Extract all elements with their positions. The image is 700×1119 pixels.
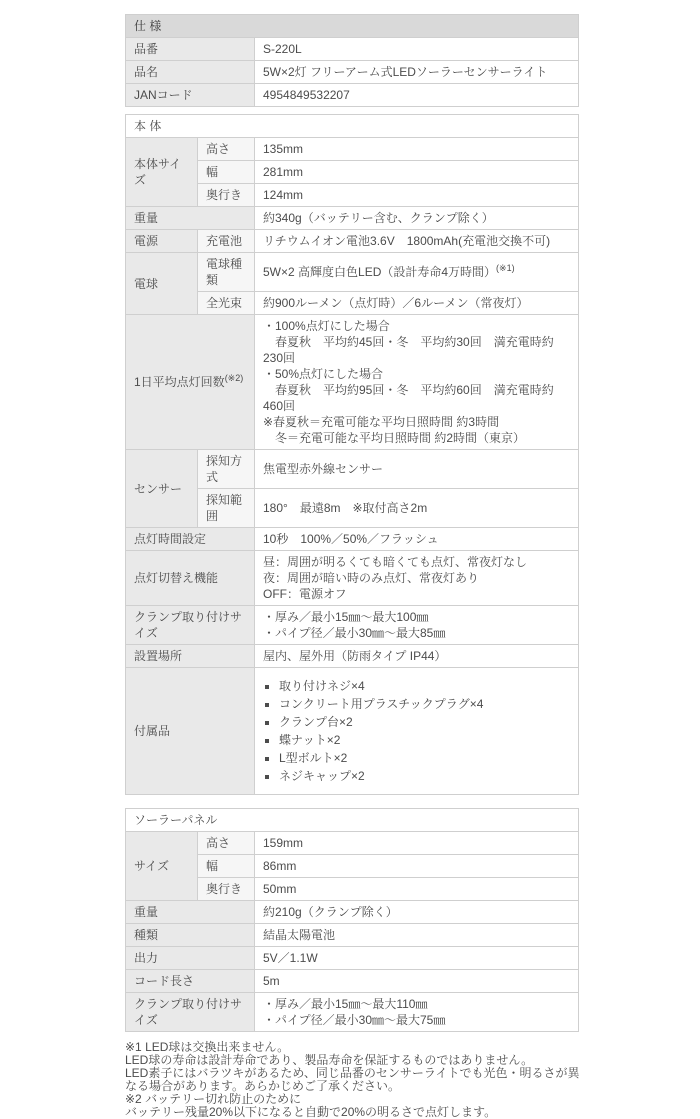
row-value-solar-clamp-size: ・厚み／最小15㎜～最大110㎜・パイプ径／最小30㎜～最大75㎜: [255, 993, 579, 1032]
table-row: 設置場所 屋内、屋外用（防雨タイプ IP44）: [126, 645, 579, 668]
row-value-jan: 4954849532207: [255, 84, 579, 107]
row-label-jan: JANコード: [126, 84, 255, 107]
table-row: 点灯時間設定 10秒 100%／50%／フラッシュ: [126, 528, 579, 551]
row-value-width: 281mm: [255, 161, 579, 184]
row-value-solar-output: 5V／1.1W: [255, 947, 579, 970]
row-label-bulb: 電球: [126, 253, 198, 315]
row-label-solar-size: サイズ: [126, 832, 198, 901]
row-label-place: 設置場所: [126, 645, 255, 668]
section-header-row: 本 体: [126, 115, 579, 138]
row-label-cord-length: コード長さ: [126, 970, 255, 993]
table-header-row: 仕 様: [126, 15, 579, 38]
row-sublabel-detect-range: 探知範囲: [198, 489, 255, 528]
accessories-list: 取り付けネジ×4コンクリート用プラスチックプラグ×4クランプ台×2蝶ナット×2L…: [279, 677, 570, 785]
spec-page: 仕 様 品番 S-220L 品名 5W×2灯 フリーアーム式LEDソーラーセンサ…: [0, 0, 700, 1119]
row-label-clamp-size: クランプ取り付けサイズ: [126, 606, 255, 645]
bulb-type-text: 5W×2 高輝度白色LED（設計寿命4万時間）: [263, 265, 496, 279]
row-value-solar-width: 86mm: [255, 855, 579, 878]
row-sublabel-bulb-type: 電球種類: [198, 253, 255, 292]
row-label-solar-weight: 重量: [126, 901, 255, 924]
row-sublabel-solar-height: 高さ: [198, 832, 255, 855]
table-row: 電源 充電池 リチウムイオン電池3.6V 1800mAh(充電池交換不可): [126, 230, 579, 253]
row-label-solar-output: 出力: [126, 947, 255, 970]
table-row: 1日平均点灯回数(※2) ・100%点灯にした場合 春夏秋 平均約45回・冬 平…: [126, 315, 579, 450]
accessory-item: L型ボルト×2: [279, 749, 570, 767]
row-label-model: 品番: [126, 38, 255, 61]
accessory-item: コンクリート用プラスチックプラグ×4: [279, 695, 570, 713]
table-row: クランプ取り付けサイズ ・厚み／最小15㎜～最大110㎜・パイプ径／最小30㎜～…: [126, 993, 579, 1032]
solar-spec-table: ソーラーパネル サイズ 高さ 159mm 幅 86mm 奥行き 50mm 重量 …: [125, 808, 579, 1032]
row-label-daily-count: 1日平均点灯回数(※2): [126, 315, 255, 450]
row-label-switch-mode: 点灯切替え機能: [126, 551, 255, 606]
row-value-detect-range: 180° 最遠8m ※取付高さ2m: [255, 489, 579, 528]
table-row: 品番 S-220L: [126, 38, 579, 61]
section-header-row: ソーラーパネル: [126, 809, 579, 832]
row-value-accessories: 取り付けネジ×4コンクリート用プラスチックプラグ×4クランプ台×2蝶ナット×2L…: [255, 668, 579, 795]
row-value-height: 135mm: [255, 138, 579, 161]
row-label-power: 電源: [126, 230, 198, 253]
table-row: センサー 探知方式 焦電型赤外線センサー: [126, 450, 579, 489]
row-label-name: 品名: [126, 61, 255, 84]
daily-count-label-text: 1日平均点灯回数: [134, 375, 225, 389]
spec-summary-table: 仕 様 品番 S-220L 品名 5W×2灯 フリーアーム式LEDソーラーセンサ…: [125, 14, 579, 107]
row-value-clamp-size: ・厚み／最小15㎜～最大100㎜・パイプ径／最小30㎜～最大85㎜: [255, 606, 579, 645]
footnotes: ※1 LED球は交換出来ません。LED球の寿命は設計寿命であり、製品寿命を保証す…: [125, 1041, 590, 1119]
row-value-place: 屋内、屋外用（防雨タイプ IP44）: [255, 645, 579, 668]
row-value-duration: 10秒 100%／50%／フラッシュ: [255, 528, 579, 551]
table-row: 品名 5W×2灯 フリーアーム式LEDソーラーセンサーライト: [126, 61, 579, 84]
row-value-flux: 約900ルーメン（点灯時）／6ルーメン（常夜灯）: [255, 292, 579, 315]
table-row: 点灯切替え機能 昼：周囲が明るくても暗くても点灯、常夜灯なし夜：周囲が暗い時のみ…: [126, 551, 579, 606]
row-value-solar-weight: 約210g（クランプ除く）: [255, 901, 579, 924]
accessory-item: 蝶ナット×2: [279, 731, 570, 749]
row-value-cord-length: 5m: [255, 970, 579, 993]
row-value-detect-method: 焦電型赤外線センサー: [255, 450, 579, 489]
accessory-item: ネジキャップ×2: [279, 767, 570, 785]
row-label-accessories: 付属品: [126, 668, 255, 795]
row-sublabel-depth: 奥行き: [198, 184, 255, 207]
row-sublabel-height: 高さ: [198, 138, 255, 161]
section-title-body: 本 体: [126, 115, 579, 138]
accessory-item: クランプ台×2: [279, 713, 570, 731]
table-row: 電球 電球種類 5W×2 高輝度白色LED（設計寿命4万時間）(※1): [126, 253, 579, 292]
table-row: 出力 5V／1.1W: [126, 947, 579, 970]
table-row: 重量 約340g（バッテリー含む、クランプ除く）: [126, 207, 579, 230]
row-value-model: S-220L: [255, 38, 579, 61]
footnote-ref-2: (※2): [225, 373, 244, 383]
row-value-depth: 124mm: [255, 184, 579, 207]
row-value-daily-count: ・100%点灯にした場合 春夏秋 平均約45回・冬 平均約30回 満充電時約23…: [255, 315, 579, 450]
row-label-solar-clamp-size: クランプ取り付けサイズ: [126, 993, 255, 1032]
row-value-weight: 約340g（バッテリー含む、クランプ除く）: [255, 207, 579, 230]
row-label-sensor: センサー: [126, 450, 198, 528]
row-sublabel-flux: 全光束: [198, 292, 255, 315]
table-row: 付属品 取り付けネジ×4コンクリート用プラスチックプラグ×4クランプ台×2蝶ナッ…: [126, 668, 579, 795]
table-row: 重量 約210g（クランプ除く）: [126, 901, 579, 924]
footnote-ref-1: (※1): [496, 263, 515, 273]
table-row: サイズ 高さ 159mm: [126, 832, 579, 855]
table-row: JANコード 4954849532207: [126, 84, 579, 107]
row-label-body-size: 本体サイズ: [126, 138, 198, 207]
row-value-switch-mode: 昼：周囲が明るくても暗くても点灯、常夜灯なし夜：周囲が暗い時のみ点灯、常夜灯あり…: [255, 551, 579, 606]
row-label-duration: 点灯時間設定: [126, 528, 255, 551]
table-row: 種類 結晶太陽電池: [126, 924, 579, 947]
row-value-name: 5W×2灯 フリーアーム式LEDソーラーセンサーライト: [255, 61, 579, 84]
row-label-weight: 重量: [126, 207, 255, 230]
row-sublabel-solar-depth: 奥行き: [198, 878, 255, 901]
table-row: 本体サイズ 高さ 135mm: [126, 138, 579, 161]
row-value-battery: リチウムイオン電池3.6V 1800mAh(充電池交換不可): [255, 230, 579, 253]
row-value-solar-depth: 50mm: [255, 878, 579, 901]
spec-table-title: 仕 様: [126, 15, 579, 38]
section-title-solar: ソーラーパネル: [126, 809, 579, 832]
table-row: コード長さ 5m: [126, 970, 579, 993]
row-label-solar-type: 種類: [126, 924, 255, 947]
row-value-solar-type: 結晶太陽電池: [255, 924, 579, 947]
row-sublabel-detect-method: 探知方式: [198, 450, 255, 489]
row-sublabel-width: 幅: [198, 161, 255, 184]
body-spec-table: 本 体 本体サイズ 高さ 135mm 幅 281mm 奥行き 124mm 重量 …: [125, 114, 579, 795]
row-value-bulb-type: 5W×2 高輝度白色LED（設計寿命4万時間）(※1): [255, 253, 579, 292]
table-row: クランプ取り付けサイズ ・厚み／最小15㎜～最大100㎜・パイプ径／最小30㎜～…: [126, 606, 579, 645]
accessory-item: 取り付けネジ×4: [279, 677, 570, 695]
row-sublabel-solar-width: 幅: [198, 855, 255, 878]
row-value-solar-height: 159mm: [255, 832, 579, 855]
row-sublabel-battery: 充電池: [198, 230, 255, 253]
